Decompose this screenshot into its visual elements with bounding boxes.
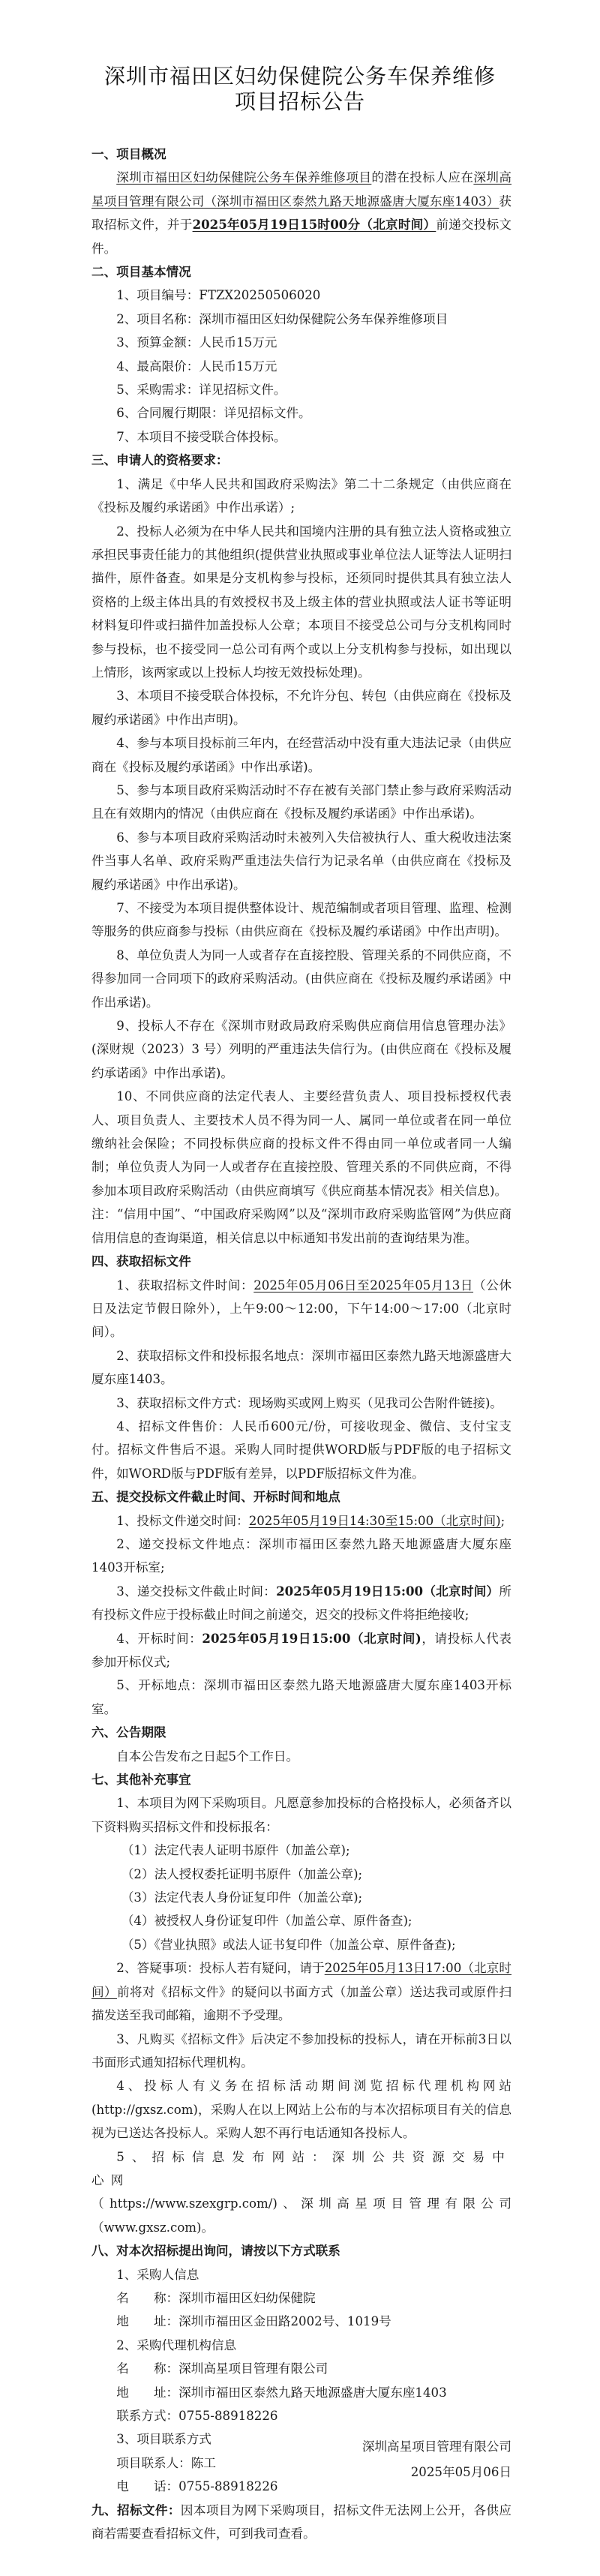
agency-address: 地 址：深圳市福田区泰然九路天地源盛唐大厦东座1403 (91, 2381, 511, 2404)
punctuation: ; (501, 1514, 505, 1528)
opening-time: 4、开标时间：2025年05月19日15:00（北京时间)，请投标人代表参加开标… (91, 1627, 511, 1674)
purchaser-info-title: 1、采购人信息 (91, 2263, 511, 2286)
obtain-docs-location: 2、获取招标文件和投标报名地点：深圳市福田区泰然九路天地源盛唐大厦东座1403。 (91, 1344, 511, 1392)
basic-info-item: 7、本项目不接受联合体投标。 (91, 425, 511, 449)
purchaser-address: 地 址：深圳市福田区金田路2002号、1019号 (91, 2310, 511, 2333)
required-document: （2）法人授权委托证明书原件（加盖公章); (91, 1863, 511, 1886)
value: 陈工 (191, 2456, 216, 2470)
obtain-docs-time: 1、获取招标文件时间：2025年05月06日至2025年05月13日（公休日及法… (91, 1274, 511, 1344)
section-heading-notice-period: 六、公告期限 (91, 1721, 511, 1744)
opening-time-value: 2025年05月19日15:00（北京时间) (202, 1631, 421, 1646)
label: 联系方式： (116, 2409, 178, 2423)
signature-company: 深圳高星项目管理有限公司 (362, 2435, 511, 2458)
qualification-item: 5、参与本项目政府采购活动时不存在被有关部门禁止参与政府采购活动且在有效期内的情… (91, 779, 511, 826)
label: 地 址： (116, 2385, 178, 2400)
qa-note: 前将对《招标文件》的疑问以书面方式（加盖公章）送达我司或原件扫描发送至我司邮箱，… (91, 1985, 511, 2022)
label: 名 称： (116, 2361, 178, 2376)
qualification-note: 注：“信用中国”、“中国政府采购网”以及“深圳市政府采购监管网”为供应商信用信息… (91, 1202, 511, 1250)
agency-name: 名 称：深圳高星项目管理有限公司 (91, 2357, 511, 2380)
obtain-docs-dates: 2025年05月06日至2025年05月13日 (253, 1278, 473, 1293)
section-heading-contact: 八、对本次招标提出询问，请按以下方式联系 (91, 2239, 511, 2262)
qualification-item: 8、单位负责人为同一人或者存在直接控股、管理关系的不同供应商，不得参加同一合同项… (91, 944, 511, 1014)
publish-websites-urls: （https://www.szexgrp.com/)、深圳高星项目管理有限公司（… (91, 2192, 511, 2239)
submission-deadline-value: 2025年05月19日15:00（北京时间） (276, 1584, 499, 1599)
agency-contact: 联系方式：0755-88918226 (91, 2404, 511, 2427)
document-body: 一、项目概况 深圳市福田区妇幼保健院公务车保养维修项目的潜在投标人应在深圳高星项… (91, 143, 511, 2545)
section-heading-basic-info: 二、项目基本情况 (91, 260, 511, 284)
qa-item: 2、答疑事项：投标人若有疑问，请于2025年05月13日17:00（北京时间）前… (91, 1956, 511, 2027)
overview-text: 的潜在投标人应在 (371, 170, 473, 185)
agency-info-title: 2、采购代理机构信息 (91, 2334, 511, 2357)
label: 名 称： (116, 2291, 178, 2305)
qualification-item: 2、投标人必须为在中华人民共和国境内注册的具有独立法人资格或独立承担民事责任能力… (91, 520, 511, 685)
qualification-item: 7、不接受为本项目提供整体设计、规范编制或者项目管理、监理、检测等服务的供应商参… (91, 896, 511, 944)
overview-paragraph: 深圳市福田区妇幼保健院公务车保养维修项目的潜在投标人应在深圳高星项目管理有限公司… (91, 166, 511, 260)
submission-time-value: 2025年05月19日14:30至15:00（北京时间) (249, 1514, 501, 1528)
section-heading-tender-docs: 九、招标文件： (91, 2502, 181, 2517)
basic-info-item: 1、项目编号：FTZX20250506020 (91, 284, 511, 307)
value: 深圳市福田区泰然九路天地源盛唐大厦东座1403 (178, 2385, 447, 2400)
submission-location: 2、递交投标文件地点：深圳市福田区泰然九路天地源盛唐大厦东座1403开标室; (91, 1533, 511, 1580)
title-line-2: 项目招标公告 (0, 90, 600, 114)
submission-time-label: 1、投标文件递交时间： (116, 1514, 249, 1528)
opening-time-label: 4、开标时间： (116, 1632, 202, 1646)
supplementary-item: 4、投标人有义务在招标活动期间浏览招标代理机构网站(http://gxsz.co… (91, 2074, 511, 2145)
qualification-item: 9、投标人不存在《深圳市财政局政府采购供应商信用信息管理办法》(深财规（2023… (91, 1014, 511, 1085)
qa-label: 2、答疑事项：投标人若有疑问，请于 (116, 1961, 325, 1975)
basic-info-item: 2、项目名称：深圳市福田区妇幼保健院公务车保养维修项目 (91, 308, 511, 331)
submission-time: 1、投标文件递交时间：2025年05月19日14:30至15:00（北京时间); (91, 1509, 511, 1533)
basic-info-item: 4、最高限价：人民币15万元 (91, 355, 511, 378)
qualification-item: 6、参与本项目政府采购活动时未被列入失信被执行人、重大税收违法案件当事人名单、政… (91, 826, 511, 896)
label: 项目联系人： (116, 2456, 191, 2470)
required-document: （1）法定代表人证明书原件（加盖公章); (91, 1839, 511, 1862)
project-name-link: 深圳市福田区妇幼保健院公务车保养维修项目 (116, 170, 371, 185)
submission-deadline: 2025年05月19日15时00分（北京时间） (193, 217, 436, 232)
obtain-docs-method: 3、获取招标文件方式：现场购买或网上购买（见我司公告附件链接)。 (91, 1392, 511, 1415)
publish-websites: 5、招标信息发布网站：深圳公共资源交易中心网（https://www.szexg… (91, 2145, 511, 2240)
qualification-item: 4、参与本项目投标前三年内，在经营活动中没有重大违法记录（由供应商在《投标及履约… (91, 731, 511, 779)
phone-value: 0755-88918226 (178, 2409, 277, 2423)
label: 地 址： (116, 2314, 178, 2328)
label: 电 话： (116, 2479, 178, 2493)
opening-location: 5、开标地点：深圳市福田区泰然九路天地源盛唐大厦东座1403开标室。 (91, 1674, 511, 1721)
section-heading-overview: 一、项目概况 (91, 143, 511, 166)
title-line-1: 深圳市福田区妇幼保健院公务车保养维修 (0, 65, 600, 89)
tender-docs-paragraph: 九、招标文件：因本项目为网下采购项目，招标文件无法网上公开，各供应商若需要查看招… (91, 2499, 511, 2546)
section-heading-supplementary: 七、其他补充事宜 (91, 1768, 511, 1791)
supplementary-item: 3、凡购买《招标文件》后决定不参加投标的投标人，请在开标前3日以书面形式通知招标… (91, 2028, 511, 2075)
section-heading-obtain-docs: 四、获取招标文件 (91, 1250, 511, 1273)
obtain-docs-time-label: 1、获取招标文件时间： (116, 1278, 253, 1293)
submission-deadline-item: 3、递交投标文件截止时间：2025年05月19日15:00（北京时间）所有投标文… (91, 1580, 511, 1627)
signature-date: 2025年05月06日 (411, 2460, 511, 2484)
submission-deadline-label: 3、递交投标文件截止时间： (116, 1584, 276, 1599)
qualification-item: 1、满足《中华人民共和国政府采购法》第二十二条规定（由供应商在《投标及履约承诺函… (91, 473, 511, 520)
required-document: （5）《营业执照》或法人证书复印件（加盖公章、原件备查); (91, 1933, 511, 1956)
supplementary-item: 1、本项目为网下采购项目。凡愿意参加投标的合格投标人，必须备齐以下资料购买招标文… (91, 1791, 511, 1839)
basic-info-item: 3、预算金额：人民币15万元 (91, 331, 511, 354)
notice-period-text: 自本公告发布之日起5个工作日。 (91, 1745, 511, 1768)
purchaser-name: 名 称：深圳市福田区妇幼保健院 (91, 2286, 511, 2310)
value: 深圳市福田区妇幼保健院 (178, 2291, 316, 2305)
basic-info-item: 6、合同履行期限：详见招标文件。 (91, 401, 511, 425)
qualification-item: 10、不同供应商的法定代表人、主要经营负责人、项目投标授权代表人、项目负责人、主… (91, 1085, 511, 1202)
obtain-docs-price: 4、招标文件售价：人民币600元/份，可接收现金、微信、支付宝支付。招标文件售后… (91, 1415, 511, 1485)
value: 深圳市福田区金田路2002号、1019号 (178, 2314, 391, 2328)
publish-websites-label: 5、招标信息发布网站：深圳公共资源交易中心网 (91, 2150, 511, 2187)
basic-info-item: 5、采购需求：详见招标文件。 (91, 378, 511, 401)
qualification-item: 3、本项目不接受联合体投标，不允许分包、转包（由供应商在《投标及履约承诺函》中作… (91, 684, 511, 731)
required-document: （4）被授权人身份证复印件（加盖公章、原件备查); (91, 1909, 511, 1932)
phone-value: 0755-88918226 (178, 2479, 277, 2493)
section-heading-qualifications: 三、申请人的资格要求： (91, 449, 511, 472)
value: 深圳高星项目管理有限公司 (178, 2361, 328, 2376)
section-heading-submission: 五、提交投标文件截止时间、开标时间和地点 (91, 1485, 511, 1509)
required-document: （3）法定代表人身份证复印件（加盖公章); (91, 1886, 511, 1909)
